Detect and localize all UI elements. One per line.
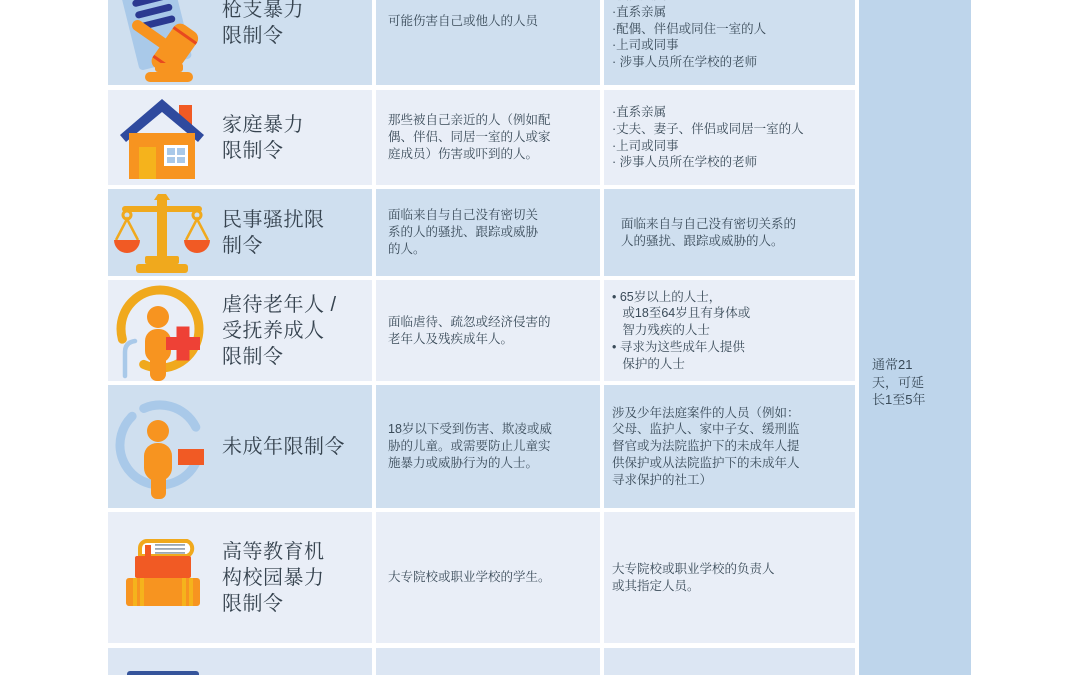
house-icon (117, 95, 207, 181)
elder-person-cross-icon (114, 281, 210, 381)
icon-cell (108, 512, 215, 643)
table-row: 民事骚扰限 制令 面临来自与自己没有密切关 系的人的骚扰、跟踪或威胁 的人。 面… (108, 189, 859, 276)
duration-column: 通常21 天，可延 长1至5年 (859, 0, 971, 675)
minor-person-icon (114, 393, 210, 501)
who-needs-cell: 那些被自己亲近的人（例如配 偶、伴侣、同居一室的人或家 庭成员）伤害或吓到的人。 (376, 90, 600, 185)
who-can-file-text: 面临来自与自己没有密切关系的 人的骚扰、跟踪或威胁的人。 (621, 216, 796, 250)
who-can-file-cell: ·直系亲属 ·丈夫、妻子、伴侣或同居一室的人 ·上司或同事 · 涉事人员所在学校… (604, 90, 855, 185)
clipped-icon (127, 671, 199, 675)
scales-icon (114, 192, 210, 274)
order-title: 家庭暴力 限制令 (222, 112, 304, 164)
table-row: 未成年限制令 18岁以下受到伤害、欺凌或威 胁的儿童。或需要防止儿童实 施暴力或… (108, 385, 859, 508)
who-needs-cell: 面临来自与自己没有密切关 系的人的骚扰、跟踪或威胁 的人。 (376, 189, 600, 276)
table-row: 枪支暴力 限制令 可能伤害自己或他人的人员 ·执法人员 ·直系亲属 ·配偶、伴侣… (108, 0, 859, 85)
order-title-cell: 虐待老年人 / 受抚养成人 限制令 (215, 280, 372, 381)
who-needs-cell: 面临虐待、疏忽或经济侵害的 老年人及残疾成年人。 (376, 280, 600, 381)
duration-text: 通常21 天，可延 长1至5年 (872, 356, 925, 409)
who-needs-text: 18岁以下受到伤害、欺凌或威 胁的儿童。或需要防止儿童实 施暴力或威胁行为的人士… (388, 421, 552, 471)
icon-cell (108, 280, 215, 381)
who-can-file-cell (604, 648, 855, 675)
page: { "colors": { "row_dark": "#cfdfef", "ro… (0, 0, 1080, 675)
order-title: 高等教育机 构校园暴力 限制令 (222, 539, 325, 617)
restraining-orders-table: 枪支暴力 限制令 可能伤害自己或他人的人员 ·执法人员 ·直系亲属 ·配偶、伴侣… (108, 0, 971, 675)
who-needs-cell: 18岁以下受到伤害、欺凌或威 胁的儿童。或需要防止儿童实 施暴力或威胁行为的人士… (376, 385, 600, 508)
who-needs-text: 那些被自己亲近的人（例如配 偶、伴侣、同居一室的人或家 庭成员）伤害或吓到的人。 (388, 112, 551, 162)
order-title-cell (215, 648, 372, 675)
icon-cell (108, 648, 215, 675)
who-can-file-text: 大专院校或职业学校的负责人 或其指定人员。 (612, 561, 775, 595)
who-needs-cell: 大专院校或职业学校的学生。 (376, 512, 600, 643)
order-title-cell: 高等教育机 构校园暴力 限制令 (215, 512, 372, 643)
table-row: 虐待老年人 / 受抚养成人 限制令 面临虐待、疏忽或经济侵害的 老年人及残疾成年… (108, 280, 859, 381)
who-can-file-cell: 涉及少年法庭案件的人员（例如： 父母、监护人、家中子女、缓刑监 督官或为法院监护… (604, 385, 855, 508)
order-title: 未成年限制令 (222, 434, 345, 460)
icon-cell (108, 0, 215, 85)
order-title: 虐待老年人 / 受抚养成人 限制令 (222, 292, 337, 370)
order-title-cell: 枪支暴力 限制令 (215, 0, 372, 85)
icon-cell (108, 385, 215, 508)
who-needs-text: 大专院校或职业学校的学生。 (388, 569, 551, 586)
who-can-file-cell: • 65岁以上的人士， 或18至64岁且有身体或 智力残疾的人士 • 寻求为这些… (604, 280, 855, 381)
who-can-file-text: ·执法人员 ·直系亲属 ·配偶、伴侣或同住一室的人 ·上司或同事 · 涉事人员所… (612, 0, 766, 71)
who-needs-text: 面临虐待、疏忽或经济侵害的 老年人及残疾成年人。 (388, 314, 551, 348)
who-can-file-text: • 65岁以上的人士， 或18至64岁且有身体或 智力残疾的人士 • 寻求为这些… (612, 289, 750, 373)
who-can-file-cell: 面临来自与自己没有密切关系的 人的骚扰、跟踪或威胁的人。 (604, 189, 855, 276)
icon-cell (108, 189, 215, 276)
who-needs-text: 面临来自与自己没有密切关 系的人的骚扰、跟踪或威胁 的人。 (388, 207, 538, 257)
who-can-file-cell: ·执法人员 ·直系亲属 ·配偶、伴侣或同住一室的人 ·上司或同事 · 涉事人员所… (604, 0, 855, 85)
gavel-document-icon (117, 0, 207, 83)
icon-cell (108, 90, 215, 185)
books-icon (114, 538, 210, 618)
table-row: 家庭暴力 限制令 那些被自己亲近的人（例如配 偶、伴侣、同居一室的人或家 庭成员… (108, 90, 859, 185)
who-can-file-text: ·直系亲属 ·丈夫、妻子、伴侣或同居一室的人 ·上司或同事 · 涉事人员所在学校… (612, 104, 804, 171)
who-can-file-text: 涉及少年法庭案件的人员（例如： 父母、监护人、家中子女、缓刑监 督官或为法院监护… (612, 405, 800, 489)
table-row (108, 648, 859, 675)
order-title-cell: 民事骚扰限 制令 (215, 189, 372, 276)
order-title: 枪支暴力 限制令 (222, 0, 304, 49)
order-title: 民事骚扰限 制令 (222, 207, 325, 259)
table-row: 高等教育机 构校园暴力 限制令 大专院校或职业学校的学生。 大专院校或职业学校的… (108, 512, 859, 643)
who-can-file-cell: 大专院校或职业学校的负责人 或其指定人员。 (604, 512, 855, 643)
order-title-cell: 家庭暴力 限制令 (215, 90, 372, 185)
order-title-cell: 未成年限制令 (215, 385, 372, 508)
who-needs-cell: 可能伤害自己或他人的人员 (376, 0, 600, 85)
who-needs-cell (376, 648, 600, 675)
who-needs-text: 可能伤害自己或他人的人员 (388, 13, 538, 30)
